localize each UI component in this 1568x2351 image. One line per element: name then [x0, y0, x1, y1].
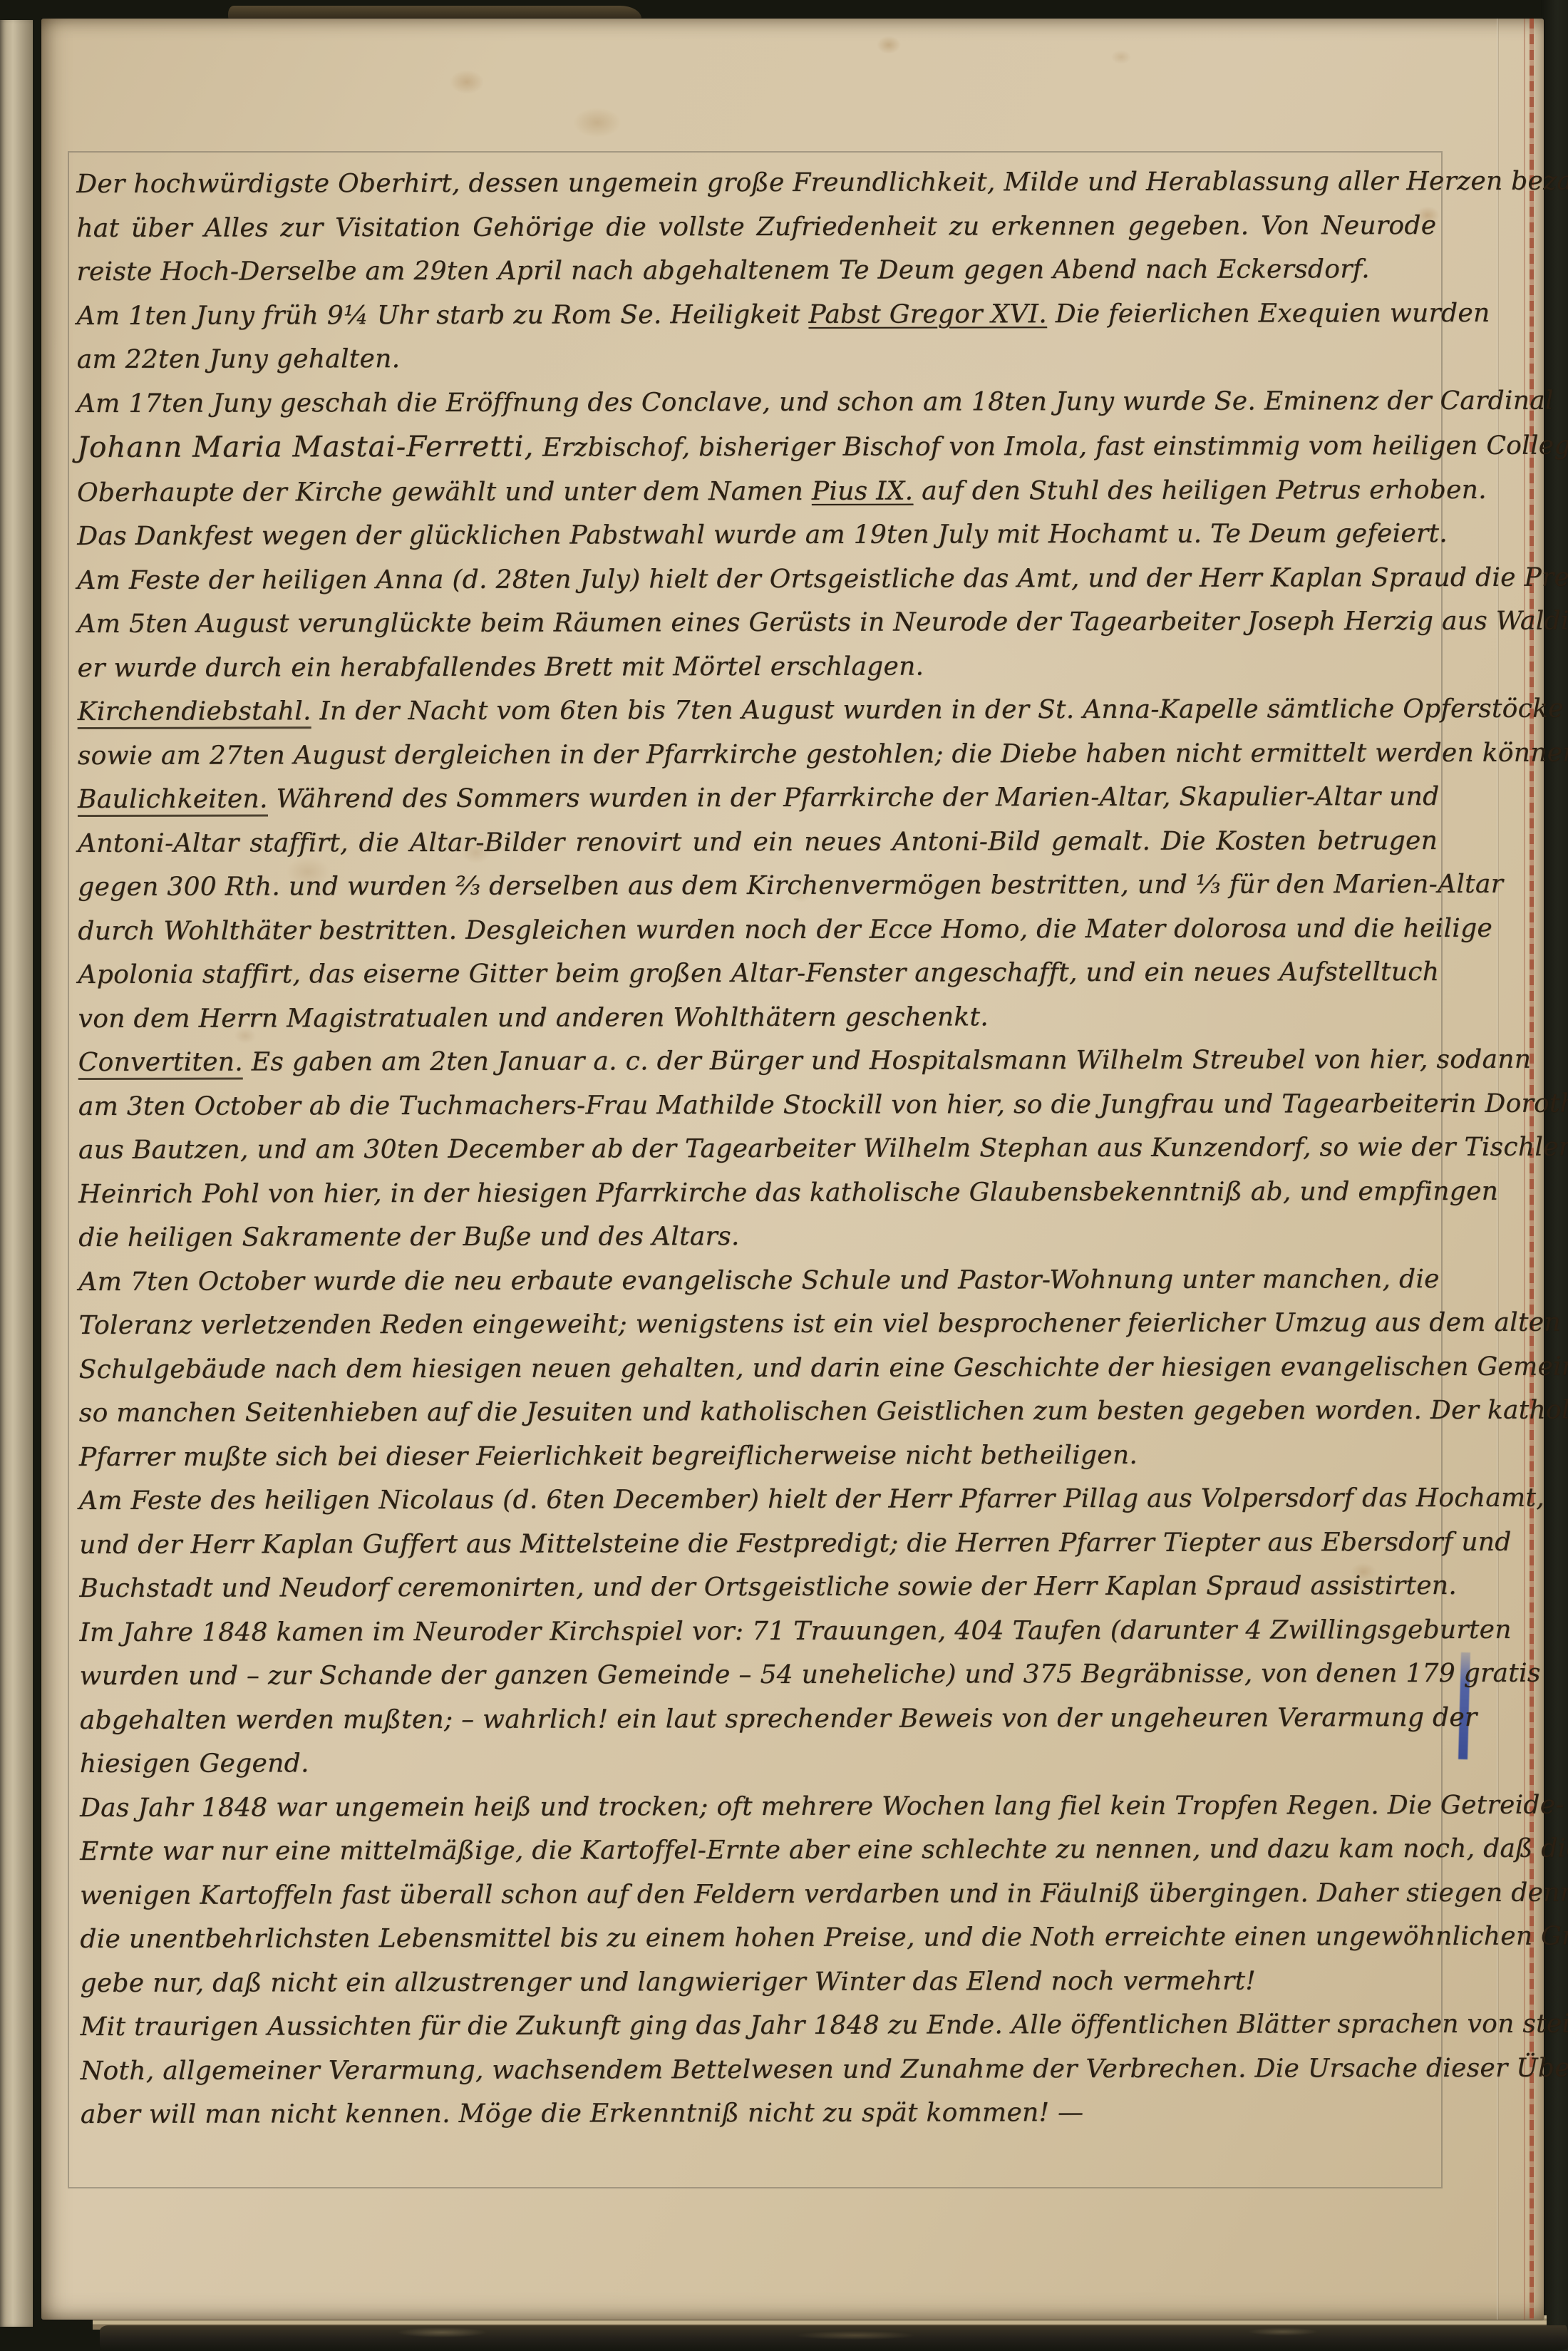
text-line: abgehalten werden mußten; – wahrlich! ei… [80, 1696, 1440, 1742]
text-line: am 22ten Juny gehalten. [77, 335, 1437, 381]
text-line: hiesigen Gegend. [80, 1739, 1440, 1786]
text-line: sowie am 27ten August dergleichen in der… [78, 731, 1438, 778]
text-line: Baulichkeiten. Während des Sommers wurde… [78, 775, 1438, 821]
text-line: Heinrich Pohl von hier, in der hiesigen … [78, 1170, 1438, 1216]
text-line: die heiligen Sakramente der Buße und des… [78, 1213, 1438, 1260]
text-line: Kirchendiebstahl. In der Nacht vom 6ten … [78, 687, 1438, 734]
text-line: Das Dankfest wegen der glücklichen Pabst… [77, 512, 1437, 558]
text-line: Convertiten. Es gaben am 2ten Januar a. … [78, 1038, 1438, 1084]
underlined-heading: Convertiten. [78, 1048, 243, 1080]
book-photo: { "page_colors": { "background": "#16170… [0, 0, 1568, 2351]
text-line: wurden und – zur Schande der ganzen Geme… [79, 1652, 1439, 1698]
text-line: wenigen Kartoffeln fast überall schon au… [80, 1871, 1440, 1917]
text-line: Am 5ten August verunglückte beim Räumen … [77, 600, 1437, 646]
manuscript-page: Der hochwürdigste Oberhirt, dessen ungem… [41, 19, 1544, 2320]
text-line: Ernte war nur eine mittelmäßige, die Kar… [80, 1827, 1440, 1873]
text-line: Apolonia staffirt, das eiserne Gitter be… [78, 950, 1438, 997]
text-line: Am Feste des heiligen Nicolaus (d. 6ten … [79, 1476, 1439, 1523]
text-line: so manchen Seitenhieben auf die Jesuiten… [79, 1389, 1439, 1435]
text-line: reiste Hoch-Derselbe am 29ten April nach… [76, 247, 1436, 294]
underlined-heading: Kirchendiebstahl. [78, 696, 311, 729]
adjacent-page-edge [0, 20, 33, 2327]
text-line: von dem Herrn Magistratualen und anderen… [78, 994, 1438, 1041]
manuscript-text: Der hochwürdigste Oberhirt, dessen ungem… [76, 160, 1440, 2136]
text-line: Das Jahr 1848 war ungemein heiß und troc… [80, 1784, 1440, 1830]
text-line: hat über Alles zur Visitation Gehörige d… [76, 204, 1436, 250]
text-line: Antoni-Altar staffirt, die Altar-Bilder … [78, 819, 1438, 865]
photo-background-right [1541, 0, 1568, 2351]
text-line: Am 17ten Juny geschah die Eröffnung des … [77, 379, 1437, 426]
text-line: aus Bautzen, und am 30ten December ab de… [78, 1126, 1438, 1172]
text-line: Johann Maria Mastai-Ferretti, Erzbischof… [77, 423, 1437, 470]
text-line: aber will man nicht kennen. Möge die Erk… [81, 2090, 1440, 2136]
text-line: gebe nur, daß nicht ein allzustrenger un… [80, 1958, 1440, 2005]
text-line: am 3ten October ab die Tuchmachers-Frau … [78, 1082, 1438, 1128]
text-line: Der hochwürdigste Oberhirt, dessen ungem… [76, 160, 1436, 206]
underlined-heading: Baulichkeiten. [78, 784, 268, 817]
page-edge-stain-inner [1524, 19, 1525, 2320]
emphasized-name: Johann Maria Mastai-Ferretti, [77, 430, 534, 464]
page-crease [1497, 19, 1499, 2320]
text-line: und der Herr Kaplan Guffert aus Mittelst… [79, 1521, 1439, 1567]
text-line: Im Jahre 1848 kamen im Neuroder Kirchspi… [79, 1608, 1439, 1655]
text-line: gegen 300 Rth. und wurden ⅔ derselben au… [78, 863, 1438, 909]
text-line: Am 7ten October wurde die neu erbaute ev… [78, 1257, 1438, 1304]
underlined-name: Pabst Gregor XVI. [808, 299, 1047, 329]
text-line: durch Wohlthäter bestritten. Desgleichen… [78, 907, 1438, 953]
text-line: Toleranz verletzenden Reden eingeweiht; … [78, 1301, 1438, 1347]
text-line: Buchstadt und Neudorf ceremonirten, und … [79, 1564, 1439, 1610]
text-line: Schulgebäude nach dem hiesigen neuen geh… [79, 1345, 1439, 1391]
text-line: Am Feste der heiligen Anna (d. 28ten Jul… [77, 556, 1437, 602]
text-line: er wurde durch ein herabfallendes Brett … [78, 644, 1438, 690]
book-cover-edge-bottom [100, 2325, 1568, 2351]
text-line: die unentbehrlichsten Lebensmittel bis z… [80, 1915, 1440, 1961]
text-line: Noth, allgemeiner Verarmung, wachsendem … [81, 2046, 1440, 2092]
text-line: Oberhaupte der Kirche gewählt und unter … [77, 468, 1437, 515]
page-edge-stain [1530, 19, 1534, 2320]
text-line: Pfarrer mußte sich bei dieser Feierlichk… [79, 1433, 1439, 1479]
text-line: Am 1ten Juny früh 9¼ Uhr starb zu Rom Se… [76, 292, 1436, 338]
underlined-name: Pius IX. [812, 476, 914, 505]
text-line: Mit traurigen Aussichten für die Zukunft… [81, 2002, 1440, 2049]
